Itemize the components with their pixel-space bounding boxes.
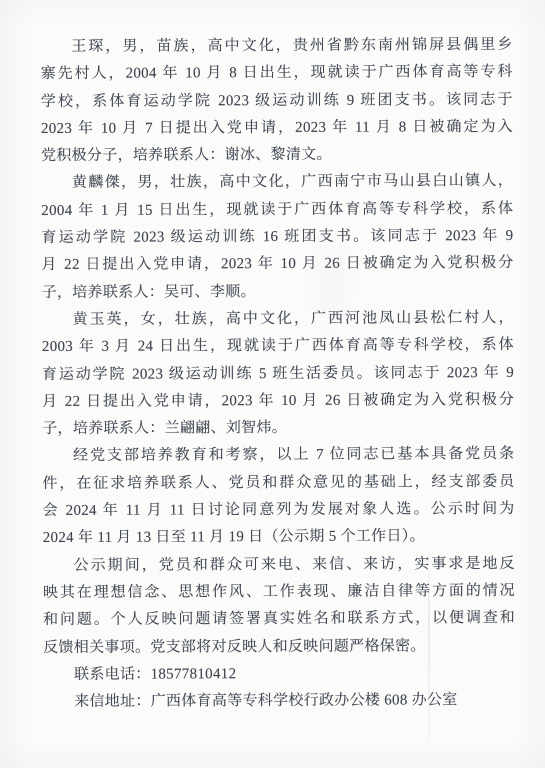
- text-line: 育运动学院 2023 级运动训练 16 班团支书。该同志于 2023 年 9: [41, 223, 513, 252]
- document-body: 王琛，男，苗族，高中文化，贵州省黔东南州锦屏县偶里乡寨先村人，2004 年 10…: [41, 32, 516, 716]
- text-line: 月 22 日提出入党申请，2023 年 10 月 26 日被确定为入党积极分: [41, 250, 513, 279]
- text-line: 学校，系体育运动学院 2023 级运动训练 9 班团支书。该同志于: [41, 87, 513, 116]
- text-line: 月 22 日提出入党申请，2023 年 10 月 26 日被确定为入党积极分: [42, 387, 514, 416]
- text-line: 经党支部培养教育和考察，以上 7 位同志已基本具备党员条: [42, 441, 514, 470]
- text-line: 件，在征求培养联系人、党员和群众意见的基础上，经支部委员: [42, 469, 514, 498]
- text-line: 党积极分子，培养联系人：谢冰、黎清文。: [41, 141, 513, 170]
- text-line: 2024 年 11 月 13 日至 11 月 19 日（公示期 5 个工作日）。: [43, 523, 515, 552]
- text-line: 和问题。个人反映问题请签署真实姓名和联系方式，以便调查和: [43, 605, 515, 634]
- text-line: 寨先村人，2004 年 10 月 8 日出生，现就读于广西体育高等专科: [41, 59, 513, 88]
- paragraph-candidate-huang-linjie: 黄麟傑，男，壮族，高中文化，广西南宁市马山县白山镇人，2004 年 1 月 15…: [41, 168, 514, 307]
- text-line: 育运动学院 2023 级运动训练 5 班生活委员。该同志于 2023 年 9: [42, 360, 514, 389]
- text-line: 2003 年 3 月 24 日出生，现就读于广西体育高等专科学校，系体: [42, 332, 514, 361]
- paragraph-candidate-wang-chen: 王琛，男，苗族，高中文化，贵州省黔东南州锦屏县偶里乡寨先村人，2004 年 10…: [41, 32, 514, 171]
- paragraph-contact-address: 来信地址：广西体育高等专科学校行政办公楼 608 办公室: [43, 687, 515, 716]
- text-line: 反馈相关事项。党支部将对反映人和反映问题严格保密。: [43, 632, 515, 661]
- text-line: 映其在理想信念、思想作风、工作表现、廉洁自律等方面的情况: [43, 578, 515, 607]
- text-line: 会 2024 年 11 月 11 日讨论同意列为发展对象人选。公示时间为: [43, 496, 515, 525]
- paragraph-publicity-notice: 公示期间，党员和群众可来电、来信、来访，实事求是地反映其在理想信念、思想作风、工…: [43, 551, 515, 662]
- text-line: 子，培养联系人：吴可、李顺。: [42, 278, 514, 307]
- text-line: 公示期间，党员和群众可来电、来信、来访，实事求是地反: [43, 551, 515, 580]
- paragraph-committee-decision: 经党支部培养教育和考察，以上 7 位同志已基本具备党员条件，在征求培养联系人、党…: [42, 441, 514, 552]
- text-line: 2023 年 10 月 7 日提出入党申请，2023 年 11 月 8 日被确定…: [41, 114, 513, 143]
- text-line: 来信地址：广西体育高等专科学校行政办公楼 608 办公室: [43, 687, 515, 716]
- text-line: 黄麟傑，男，壮族，高中文化，广西南宁市马山县白山镇人，: [41, 168, 513, 197]
- paragraph-candidate-huang-yuying: 黄玉英，女，壮族，高中文化，广西河池凤山县松仁村人，2003 年 3 月 24 …: [42, 305, 515, 444]
- document-page: 王琛，男，苗族，高中文化，贵州省黔东南州锦屏县偶里乡寨先村人，2004 年 10…: [0, 0, 545, 768]
- text-line: 联系电话：18577810412: [43, 660, 515, 689]
- text-line: 子，培养联系人：兰翩翩、刘智炜。: [42, 414, 514, 443]
- text-line: 黄玉英，女，壮族，高中文化，广西河池凤山县松仁村人，: [42, 305, 514, 334]
- text-line: 王琛，男，苗族，高中文化，贵州省黔东南州锦屏县偶里乡: [41, 32, 513, 61]
- text-line: 2004 年 1 月 15 日出生，现就读于广西体育高等专科学校，系体: [41, 196, 513, 225]
- paragraph-contact-phone: 联系电话：18577810412: [43, 660, 515, 689]
